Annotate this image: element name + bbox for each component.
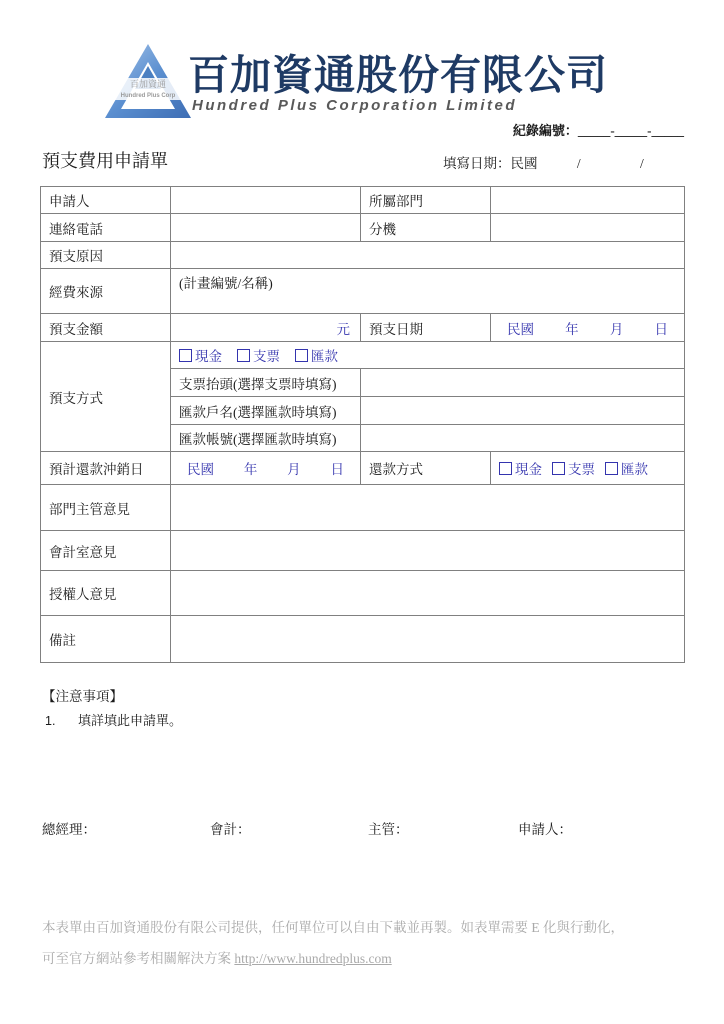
accountant-signature-label: 會計： bbox=[210, 818, 251, 838]
advance-date-month: 月 bbox=[610, 318, 624, 338]
logo-text-en: Hundred Plus Corp bbox=[121, 93, 176, 99]
reason-label: 預支原因 bbox=[41, 242, 171, 269]
applicant-input-cell[interactable] bbox=[171, 187, 361, 214]
repay-check-option-label: 支票 bbox=[568, 458, 595, 478]
accounting-opinion-label: 會計室意見 bbox=[41, 531, 171, 571]
repay-date-year: 年 bbox=[244, 458, 258, 478]
fill-date-label: 填寫日期：民國 bbox=[443, 156, 538, 171]
record-number-blanks[interactable]: _____-_____-_____ bbox=[578, 123, 684, 138]
repay-option-remit[interactable]: 匯款 bbox=[605, 458, 648, 478]
form-title: 預支費用申請單 bbox=[42, 147, 168, 173]
extension-input-cell[interactable] bbox=[491, 214, 685, 242]
footer-disclaimer: 本表單由百加資通股份有限公司提供，任何單位可以自由下載並再製。如表單需要 E 化… bbox=[42, 912, 692, 974]
applicant-signature-label: 申請人： bbox=[518, 818, 572, 838]
phone-input-cell[interactable] bbox=[171, 214, 361, 242]
record-number-label: 紀錄編號： bbox=[513, 123, 578, 138]
repay-option-check[interactable]: 支票 bbox=[552, 458, 595, 478]
repay-remit-checkbox-icon[interactable] bbox=[605, 462, 618, 475]
advance-date-roc: 民國 bbox=[507, 318, 534, 338]
fill-date-slash-1: / bbox=[577, 156, 581, 172]
remit-name-label: 匯款戶名(選擇匯款時填寫) bbox=[171, 397, 361, 425]
advance-date-input-cell[interactable]: 民國 年 月 日 bbox=[491, 314, 685, 342]
department-label: 所屬部門 bbox=[361, 187, 491, 214]
form-page: 百加資通 Hundred Plus Corp 百加資通股份有限公司 Hundre… bbox=[0, 0, 724, 1024]
advance-date-day: 日 bbox=[654, 318, 668, 338]
notes-title: 【注意事項】 bbox=[42, 685, 123, 705]
repay-date-month: 月 bbox=[287, 458, 301, 478]
dept-opinion-label: 部門主管意見 bbox=[41, 485, 171, 531]
repay-check-checkbox-icon[interactable] bbox=[552, 462, 565, 475]
supervisor-signature-label: 主管： bbox=[368, 818, 409, 838]
authorizer-opinion-input-cell[interactable] bbox=[171, 571, 685, 616]
advance-expense-table: 申請人 所屬部門 連絡電話 分機 預支原因 經費來源 (計畫編號/名稱) 預支金… bbox=[40, 186, 685, 663]
amount-label: 預支金額 bbox=[41, 314, 171, 342]
amount-input-cell[interactable]: 元 bbox=[171, 314, 361, 342]
company-name-zh: 百加資通股份有限公司 bbox=[188, 42, 608, 101]
fill-date-slash-2: / bbox=[640, 156, 644, 172]
note-item-1-text: 填詳填此申請單。 bbox=[78, 713, 182, 728]
payment-option-check[interactable]: 支票 bbox=[237, 345, 280, 365]
repay-date-label: 預計還款沖銷日 bbox=[41, 452, 171, 485]
repay-date-day: 日 bbox=[330, 458, 344, 478]
remit-name-input-cell[interactable] bbox=[361, 397, 685, 425]
repay-options-cell: 現金 支票 匯款 bbox=[491, 452, 685, 485]
repay-remit-option-label: 匯款 bbox=[621, 458, 648, 478]
advance-date-label: 預支日期 bbox=[361, 314, 491, 342]
remarks-input-cell[interactable] bbox=[171, 616, 685, 663]
accounting-opinion-input-cell[interactable] bbox=[171, 531, 685, 571]
payment-option-remit[interactable]: 匯款 bbox=[295, 345, 338, 365]
payment-options-cell: 現金 支票 匯款 bbox=[171, 342, 685, 369]
phone-label: 連絡電話 bbox=[41, 214, 171, 242]
funding-source-label: 經費來源 bbox=[41, 269, 171, 314]
footer-website-link[interactable]: http://www.hundredplus.com bbox=[234, 951, 391, 966]
authorizer-opinion-label: 授權人意見 bbox=[41, 571, 171, 616]
remit-account-label: 匯款帳號(選擇匯款時填寫) bbox=[171, 425, 361, 452]
extension-label: 分機 bbox=[361, 214, 491, 242]
repay-cash-checkbox-icon[interactable] bbox=[499, 462, 512, 475]
amount-unit: 元 bbox=[337, 322, 351, 337]
check-checkbox-icon[interactable] bbox=[237, 349, 250, 362]
applicant-label: 申請人 bbox=[41, 187, 171, 214]
method-label: 預支方式 bbox=[41, 342, 171, 452]
footer-line-2: 可至官方網站參考相關解決方案 bbox=[42, 951, 234, 966]
footer-line-1: 本表單由百加資通股份有限公司提供，任何單位可以自由下載並再製。如表單需要 E 化… bbox=[42, 920, 624, 935]
remarks-label: 備註 bbox=[41, 616, 171, 663]
general-manager-signature-label: 總經理： bbox=[42, 818, 96, 838]
note-item-1-number: 1. bbox=[45, 714, 78, 728]
funding-source-hint: (計畫編號/名稱) bbox=[179, 276, 273, 291]
remit-option-label: 匯款 bbox=[311, 345, 338, 365]
repay-method-label: 還款方式 bbox=[361, 452, 491, 485]
advance-date-year: 年 bbox=[565, 318, 579, 338]
repay-option-cash[interactable]: 現金 bbox=[499, 458, 542, 478]
funding-source-input-cell[interactable]: (計畫編號/名稱) bbox=[171, 269, 685, 314]
cash-checkbox-icon[interactable] bbox=[179, 349, 192, 362]
repay-cash-option-label: 現金 bbox=[515, 458, 542, 478]
check-title-label: 支票抬頭(選擇支票時填寫) bbox=[171, 369, 361, 397]
check-title-input-cell[interactable] bbox=[361, 369, 685, 397]
remit-account-input-cell[interactable] bbox=[361, 425, 685, 452]
payment-option-cash[interactable]: 現金 bbox=[179, 345, 222, 365]
note-item-1: 1.填詳填此申請單。 bbox=[45, 710, 182, 729]
remit-checkbox-icon[interactable] bbox=[295, 349, 308, 362]
repay-date-input-cell[interactable]: 民國 年 月 日 bbox=[171, 452, 361, 485]
department-input-cell[interactable] bbox=[491, 187, 685, 214]
fill-date-line: 填寫日期：民國 / / bbox=[443, 152, 644, 172]
reason-input-cell[interactable] bbox=[171, 242, 685, 269]
cash-option-label: 現金 bbox=[195, 345, 222, 365]
repay-date-roc: 民國 bbox=[187, 458, 214, 478]
record-number-line: 紀錄編號：_____-_____-_____ bbox=[513, 120, 684, 139]
logo-text-zh: 百加資通 bbox=[130, 78, 166, 89]
check-option-label: 支票 bbox=[253, 345, 280, 365]
company-logo: 百加資通 Hundred Plus Corp bbox=[103, 40, 193, 122]
dept-opinion-input-cell[interactable] bbox=[171, 485, 685, 531]
company-name-en: Hundred Plus Corporation Limited bbox=[192, 97, 517, 114]
